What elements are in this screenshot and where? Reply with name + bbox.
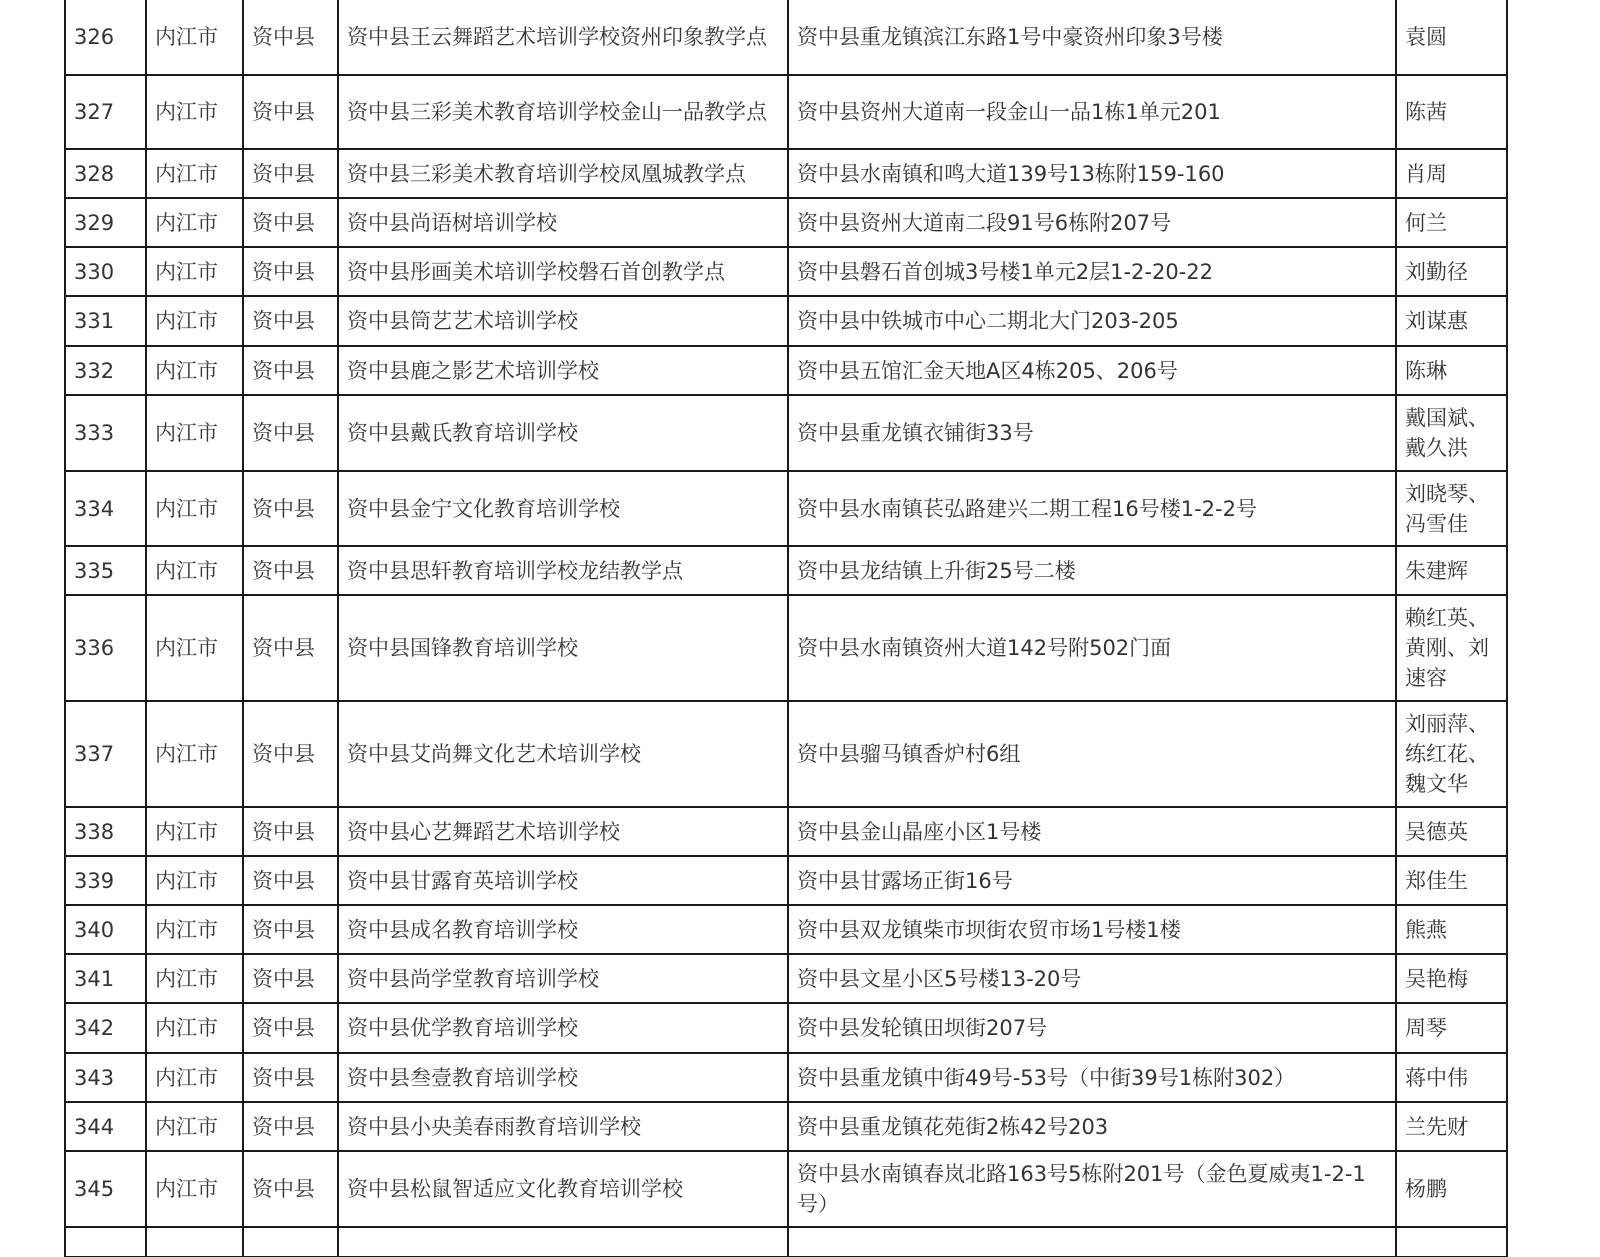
cell-legal-person: 袁圆 <box>1396 0 1507 75</box>
cell-index: 344 <box>65 1102 146 1151</box>
cell-address: 资中县重龙镇衣铺街33号 <box>788 395 1396 471</box>
cell-city: 内江市 <box>146 198 243 247</box>
table-row: 327 内江市 资中县 资中县三彩美术教育培训学校金山一品教学点 资中县资州大道… <box>65 75 1507 149</box>
cell-city: 内江市 <box>146 905 243 954</box>
cell-legal-person: 吴德英 <box>1396 807 1507 856</box>
cell-address: 资中县甘露场正街16号 <box>788 856 1396 905</box>
cell-school-name: 资中县国锋教育培训学校 <box>338 595 788 701</box>
cell-index: 327 <box>65 75 146 149</box>
cell-school-name: 资中县甘露育英培训学校 <box>338 856 788 905</box>
cell-address: 资中县五馆汇金天地A区4栋205、206号 <box>788 346 1396 395</box>
cell-address: 资中县重龙镇中街49号-53号（中街39号1栋附302） <box>788 1053 1396 1102</box>
cell-index: 326 <box>65 0 146 75</box>
training-school-registry-table: 326 内江市 资中县 资中县王云舞蹈艺术培训学校资州印象教学点 资中县重龙镇滨… <box>64 0 1508 1257</box>
cell-index: 330 <box>65 247 146 296</box>
table-row: 333 内江市 资中县 资中县戴氏教育培训学校 资中县重龙镇衣铺街33号 戴国斌… <box>65 395 1507 471</box>
cell-county: 资中县 <box>243 75 338 149</box>
table-body: 326 内江市 资中县 资中县王云舞蹈艺术培训学校资州印象教学点 资中县重龙镇滨… <box>65 0 1507 1257</box>
cell-school-name: 资中县三彩美术教育培训学校金山一品教学点 <box>338 75 788 149</box>
cell-school-name: 资中县尚语树培训学校 <box>338 198 788 247</box>
cell-legal-person: 熊燕 <box>1396 905 1507 954</box>
registry-table-container: 326 内江市 资中县 资中县王云舞蹈艺术培训学校资州印象教学点 资中县重龙镇滨… <box>64 0 1508 1257</box>
cell-index <box>65 1227 146 1257</box>
cell-county: 资中县 <box>243 954 338 1003</box>
cell-address: 资中县龙结镇上升街25号二楼 <box>788 546 1396 595</box>
table-row: 329 内江市 资中县 资中县尚语树培训学校 资中县资州大道南二段91号6栋附2… <box>65 198 1507 247</box>
cell-index: 337 <box>65 701 146 807</box>
cell-school-name: 资中县心艺舞蹈艺术培训学校 <box>338 807 788 856</box>
cell-address: 资中县中铁城市中心二期北大门203-205 <box>788 296 1396 346</box>
table-row: 343 内江市 资中县 资中县叁壹教育培训学校 资中县重龙镇中街49号-53号（… <box>65 1053 1507 1102</box>
cell-school-name: 资中县思轩教育培训学校龙结教学点 <box>338 546 788 595</box>
table-row: 345 内江市 资中县 资中县松鼠智适应文化教育培训学校 资中县水南镇春岚北路1… <box>65 1151 1507 1227</box>
cell-address: 资中县资州大道南一段金山一品1栋1单元201 <box>788 75 1396 149</box>
cell-county: 资中县 <box>243 247 338 296</box>
cell-school-name: 资中县鹿之影艺术培训学校 <box>338 346 788 395</box>
cell-index: 331 <box>65 296 146 346</box>
cell-legal-person: 蒋中伟 <box>1396 1053 1507 1102</box>
table-row: 326 内江市 资中县 资中县王云舞蹈艺术培训学校资州印象教学点 资中县重龙镇滨… <box>65 0 1507 75</box>
cell-city: 内江市 <box>146 247 243 296</box>
table-row: 338 内江市 资中县 资中县心艺舞蹈艺术培训学校 资中县金山晶座小区1号楼 吴… <box>65 807 1507 856</box>
cell-county: 资中县 <box>243 471 338 546</box>
cell-school-name: 资中县戴氏教育培训学校 <box>338 395 788 471</box>
cell-county: 资中县 <box>243 395 338 471</box>
cell-legal-person: 朱建辉 <box>1396 546 1507 595</box>
cell-address: 资中县水南镇和鸣大道139号13栋附159-160 <box>788 149 1396 198</box>
cell-index: 343 <box>65 1053 146 1102</box>
cell-county: 资中县 <box>243 1151 338 1227</box>
cell-school-name: 资中县三彩美术教育培训学校凤凰城教学点 <box>338 149 788 198</box>
cell-index: 334 <box>65 471 146 546</box>
cell-legal-person: 陈琳 <box>1396 346 1507 395</box>
cell-index: 340 <box>65 905 146 954</box>
table-row: 334 内江市 资中县 资中县金宁文化教育培训学校 资中县水南镇苌弘路建兴二期工… <box>65 471 1507 546</box>
cell-legal-person: 赖红英、黄刚、刘速容 <box>1396 595 1507 701</box>
cell-index: 339 <box>65 856 146 905</box>
cell-address: 资中县资州大道南二段91号6栋附207号 <box>788 198 1396 247</box>
cell-city: 内江市 <box>146 807 243 856</box>
cell-city: 内江市 <box>146 954 243 1003</box>
cell-school-name: 资中县王云舞蹈艺术培训学校资州印象教学点 <box>338 0 788 75</box>
cell-legal-person: 刘晓琴、冯雪佳 <box>1396 471 1507 546</box>
cell-school-name <box>338 1227 788 1257</box>
cell-index: 333 <box>65 395 146 471</box>
cell-legal-person: 杨鹏 <box>1396 1151 1507 1227</box>
cell-index: 328 <box>65 149 146 198</box>
cell-legal-person: 肖周 <box>1396 149 1507 198</box>
cell-address <box>788 1227 1396 1257</box>
table-row: 332 内江市 资中县 资中县鹿之影艺术培训学校 资中县五馆汇金天地A区4栋20… <box>65 346 1507 395</box>
cell-city: 内江市 <box>146 0 243 75</box>
cell-city: 内江市 <box>146 296 243 346</box>
cell-city: 内江市 <box>146 149 243 198</box>
cell-school-name: 资中县小央美春雨教育培训学校 <box>338 1102 788 1151</box>
cell-address: 资中县水南镇苌弘路建兴二期工程16号楼1-2-2号 <box>788 471 1396 546</box>
cell-legal-person: 吴艳梅 <box>1396 954 1507 1003</box>
cell-index: 329 <box>65 198 146 247</box>
cell-school-name: 资中县筒艺艺术培训学校 <box>338 296 788 346</box>
cell-legal-person: 郑佳生 <box>1396 856 1507 905</box>
cell-county: 资中县 <box>243 701 338 807</box>
table-row: 339 内江市 资中县 资中县甘露育英培训学校 资中县甘露场正街16号 郑佳生 <box>65 856 1507 905</box>
cell-address: 资中县重龙镇滨江东路1号中豪资州印象3号楼 <box>788 0 1396 75</box>
cell-city: 内江市 <box>146 346 243 395</box>
cell-county: 资中县 <box>243 296 338 346</box>
cell-county: 资中县 <box>243 1003 338 1053</box>
cell-address: 资中县水南镇资州大道142号附502门面 <box>788 595 1396 701</box>
table-row: 337 内江市 资中县 资中县艾尚舞文化艺术培训学校 资中县骝马镇香炉村6组 刘… <box>65 701 1507 807</box>
cell-city: 内江市 <box>146 1053 243 1102</box>
cell-address: 资中县磐石首创城3号楼1单元2层1-2-20-22 <box>788 247 1396 296</box>
cell-school-name: 资中县优学教育培训学校 <box>338 1003 788 1053</box>
cell-city: 内江市 <box>146 856 243 905</box>
cell-city: 内江市 <box>146 701 243 807</box>
table-row: 344 内江市 资中县 资中县小央美春雨教育培训学校 资中县重龙镇花苑街2栋42… <box>65 1102 1507 1151</box>
cell-county: 资中县 <box>243 346 338 395</box>
cell-index: 335 <box>65 546 146 595</box>
cell-legal-person: 刘谋惠 <box>1396 296 1507 346</box>
cell-address: 资中县骝马镇香炉村6组 <box>788 701 1396 807</box>
table-row <box>65 1227 1507 1257</box>
cell-legal-person: 兰先财 <box>1396 1102 1507 1151</box>
table-row: 341 内江市 资中县 资中县尚学堂教育培训学校 资中县文星小区5号楼13-20… <box>65 954 1507 1003</box>
cell-county: 资中县 <box>243 807 338 856</box>
table-row: 336 内江市 资中县 资中县国锋教育培训学校 资中县水南镇资州大道142号附5… <box>65 595 1507 701</box>
cell-school-name: 资中县金宁文化教育培训学校 <box>338 471 788 546</box>
cell-school-name: 资中县松鼠智适应文化教育培训学校 <box>338 1151 788 1227</box>
table-row: 335 内江市 资中县 资中县思轩教育培训学校龙结教学点 资中县龙结镇上升街25… <box>65 546 1507 595</box>
cell-legal-person: 周琴 <box>1396 1003 1507 1053</box>
cell-school-name: 资中县叁壹教育培训学校 <box>338 1053 788 1102</box>
cell-address: 资中县文星小区5号楼13-20号 <box>788 954 1396 1003</box>
cell-county: 资中县 <box>243 905 338 954</box>
cell-address: 资中县发轮镇田坝街207号 <box>788 1003 1396 1053</box>
cell-legal-person: 何兰 <box>1396 198 1507 247</box>
cell-legal-person <box>1396 1227 1507 1257</box>
cell-county: 资中县 <box>243 1053 338 1102</box>
cell-index: 338 <box>65 807 146 856</box>
table-row: 330 内江市 资中县 资中县彤画美术培训学校磐石首创教学点 资中县磐石首创城3… <box>65 247 1507 296</box>
cell-address: 资中县双龙镇柴市坝街农贸市场1号楼1楼 <box>788 905 1396 954</box>
cell-school-name: 资中县彤画美术培训学校磐石首创教学点 <box>338 247 788 296</box>
cell-county <box>243 1227 338 1257</box>
cell-index: 341 <box>65 954 146 1003</box>
cell-school-name: 资中县成名教育培训学校 <box>338 905 788 954</box>
cell-county: 资中县 <box>243 595 338 701</box>
cell-city: 内江市 <box>146 471 243 546</box>
cell-index: 342 <box>65 1003 146 1053</box>
cell-county: 资中县 <box>243 1102 338 1151</box>
cell-city: 内江市 <box>146 595 243 701</box>
cell-city: 内江市 <box>146 546 243 595</box>
cell-county: 资中县 <box>243 856 338 905</box>
cell-address: 资中县金山晶座小区1号楼 <box>788 807 1396 856</box>
cell-address: 资中县重龙镇花苑街2栋42号203 <box>788 1102 1396 1151</box>
cell-index: 336 <box>65 595 146 701</box>
table-row: 331 内江市 资中县 资中县筒艺艺术培训学校 资中县中铁城市中心二期北大门20… <box>65 296 1507 346</box>
cell-county: 资中县 <box>243 149 338 198</box>
cell-legal-person: 陈茜 <box>1396 75 1507 149</box>
cell-city: 内江市 <box>146 1003 243 1053</box>
table-row: 342 内江市 资中县 资中县优学教育培训学校 资中县发轮镇田坝街207号 周琴 <box>65 1003 1507 1053</box>
cell-city: 内江市 <box>146 1102 243 1151</box>
cell-school-name: 资中县尚学堂教育培训学校 <box>338 954 788 1003</box>
cell-county: 资中县 <box>243 0 338 75</box>
cell-city <box>146 1227 243 1257</box>
cell-city: 内江市 <box>146 395 243 471</box>
cell-city: 内江市 <box>146 75 243 149</box>
cell-legal-person: 刘丽萍、练红花、魏文华 <box>1396 701 1507 807</box>
cell-city: 内江市 <box>146 1151 243 1227</box>
cell-legal-person: 戴国斌、戴久洪 <box>1396 395 1507 471</box>
cell-index: 332 <box>65 346 146 395</box>
cell-legal-person: 刘勤径 <box>1396 247 1507 296</box>
cell-school-name: 资中县艾尚舞文化艺术培训学校 <box>338 701 788 807</box>
cell-address: 资中县水南镇春岚北路163号5栋附201号（金色夏威夷1-2-1号） <box>788 1151 1396 1227</box>
cell-county: 资中县 <box>243 546 338 595</box>
table-row: 328 内江市 资中县 资中县三彩美术教育培训学校凤凰城教学点 资中县水南镇和鸣… <box>65 149 1507 198</box>
cell-county: 资中县 <box>243 198 338 247</box>
cell-index: 345 <box>65 1151 146 1227</box>
table-row: 340 内江市 资中县 资中县成名教育培训学校 资中县双龙镇柴市坝街农贸市场1号… <box>65 905 1507 954</box>
